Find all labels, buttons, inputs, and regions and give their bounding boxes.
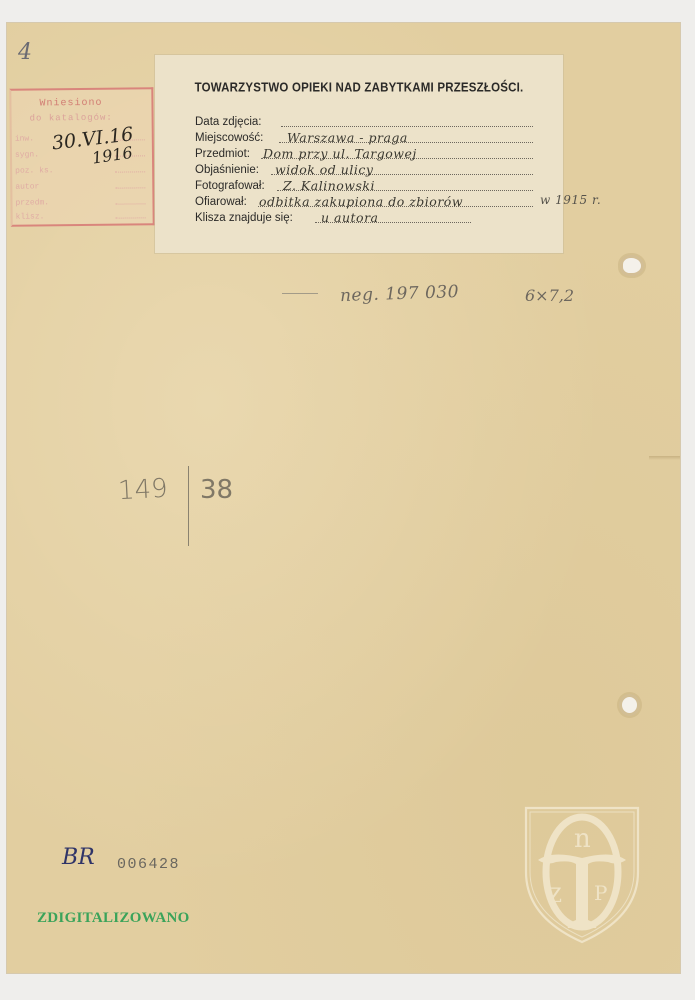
catalog-stamp: Wniesiono do katalogów: inw. sygn. poz. … bbox=[9, 87, 154, 227]
society-label: TOWARZYSTWO OPIEKI NAD ZABYTKAMI PRZESZŁ… bbox=[155, 55, 563, 253]
negative-number: neg. 197 030 bbox=[340, 282, 460, 306]
corner-pencil-mark: 4 bbox=[18, 40, 32, 65]
label-key: Objaśnienie: bbox=[195, 164, 259, 176]
stamp-field: poz. ks. bbox=[15, 165, 149, 175]
label-value: Z. Kalinowski bbox=[283, 178, 375, 193]
label-row-date: Data zdjęcia: bbox=[195, 113, 533, 129]
svg-text:P: P bbox=[594, 881, 607, 905]
label-key: Klisza znajduje się: bbox=[195, 212, 293, 224]
label-row-donor: Ofiarował: odbitka zakupiona do zbiorów … bbox=[195, 193, 655, 209]
label-key: Ofiarował: bbox=[195, 196, 247, 208]
label-row-place: Miejscowość: Warszawa - praga bbox=[195, 129, 533, 145]
label-key: Miejscowość: bbox=[195, 132, 263, 144]
label-value: widok od ulicy bbox=[275, 162, 373, 177]
stamp-field: przedm. bbox=[15, 197, 149, 207]
inventory-number: 006428 bbox=[117, 856, 180, 873]
stamp-title: Wniesiono bbox=[39, 98, 102, 110]
svg-text:Z: Z bbox=[548, 883, 562, 907]
punch-hole-top bbox=[623, 258, 641, 273]
label-row-subject: Przedmiot: Dom przy ul. Targowej bbox=[195, 145, 533, 161]
label-row-photographer: Fotografował: Z. Kalinowski bbox=[195, 177, 533, 193]
label-value: Dom przy ul. Targowej bbox=[263, 146, 417, 161]
digitized-stamp: ZDIGITALIZOWANO bbox=[37, 910, 190, 927]
label-row-negative-location: Klisza znajduje się: u autora bbox=[195, 209, 533, 225]
label-key: Przedmiot: bbox=[195, 148, 250, 160]
punch-hole-bottom bbox=[622, 697, 637, 713]
negative-size: 6×7,2 bbox=[525, 286, 574, 305]
shelf-mark-left: 149 bbox=[117, 474, 168, 507]
tonzp-emblem-icon: n Z P bbox=[522, 802, 642, 947]
stamp-field: autor bbox=[15, 181, 149, 191]
shelf-mark-divider bbox=[188, 466, 189, 546]
label-value: Warszawa - praga bbox=[287, 130, 408, 145]
stamp-subtitle: do katalogów: bbox=[30, 113, 113, 124]
inventory-prefix: BR bbox=[62, 845, 95, 870]
svg-text:n: n bbox=[574, 824, 591, 854]
pencil-dash bbox=[282, 293, 318, 294]
label-key: Fotografował: bbox=[195, 180, 265, 192]
label-value: u autora bbox=[321, 210, 379, 225]
paper-fold bbox=[649, 456, 680, 460]
label-value: odbitka zakupiona do zbiorów bbox=[259, 194, 463, 209]
label-row-description: Objaśnienie: widok od ulicy bbox=[195, 161, 533, 177]
label-value-extra: w 1915 r. bbox=[540, 193, 601, 207]
label-title: TOWARZYSTWO OPIEKI NAD ZABYTKAMI PRZESZŁ… bbox=[155, 81, 563, 95]
shelf-mark-right: 38 bbox=[200, 475, 233, 505]
label-key: Data zdjęcia: bbox=[195, 116, 261, 128]
stamp-field: klisz. bbox=[16, 211, 150, 221]
